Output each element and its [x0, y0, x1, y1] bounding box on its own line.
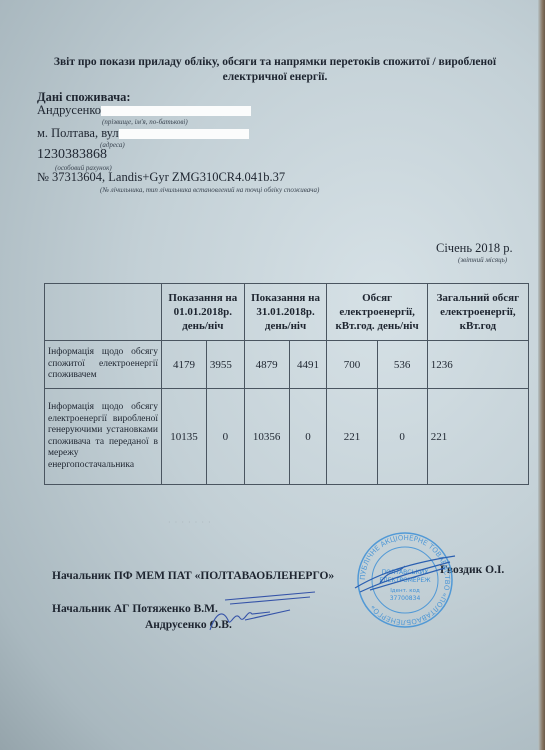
- meter-info: № 37313604, Landis+Gyr ZMG310CR4.041b.37: [37, 170, 285, 185]
- readings-table: Показання на 01.01.2018р. день/ніч Показ…: [44, 283, 529, 485]
- header-total: Загальний обсяг електроенергії, кВт.год: [427, 284, 528, 341]
- cell-start-day: 4179: [162, 341, 207, 389]
- signature-gvozdik: [350, 548, 460, 598]
- document-title: Звіт про покази приладу обліку, обсяги т…: [40, 55, 510, 85]
- cell-end-night: 4491: [289, 341, 327, 389]
- chief-pf-label: Начальник ПФ МЕМ ПАТ «ПОЛТАВАОБЛЕНЕРГО»: [52, 570, 334, 582]
- consumer-address: м. Полтава, вул: [37, 126, 249, 141]
- cell-total: 1236: [427, 341, 528, 389]
- redaction-bar: [119, 129, 249, 139]
- table-row: Інформація щодо обсягу спожитої електрое…: [45, 341, 529, 389]
- cell-start-day: 10135: [162, 389, 207, 485]
- account-number: 1230383868: [37, 147, 107, 163]
- header-start-reading: Показання на 01.01.2018р. день/ніч: [162, 284, 245, 341]
- report-period: Січень 2018 р.: [436, 241, 513, 256]
- cell-volume-night: 0: [377, 389, 427, 485]
- signature-andrusenko: [200, 590, 320, 635]
- period-hint: (звітний місяць): [458, 256, 507, 264]
- row-label: Інформація щодо обсягу спожитої електрое…: [45, 341, 162, 389]
- faint-bleed-through: · · · · · · ·: [168, 518, 212, 527]
- table-header-row: Показання на 01.01.2018р. день/ніч Показ…: [45, 284, 529, 341]
- chief-ag-label: Начальник АГ Потяженко В.М.: [52, 603, 218, 615]
- page-edge: [538, 0, 545, 750]
- cell-end-night: 0: [289, 389, 327, 485]
- header-end-reading: Показання на 31.01.2018р. день/ніч: [244, 284, 327, 341]
- row-label: Інформація щодо обсягу електроенергії ви…: [45, 389, 162, 485]
- cell-volume-day: 221: [327, 389, 377, 485]
- redaction-bar: [101, 106, 251, 116]
- meter-hint: (№ лічильника, тип лічильника встановлен…: [100, 186, 319, 194]
- consumer-name-text: Андрусенко: [37, 103, 101, 117]
- table-row: Інформація щодо обсягу електроенергії ви…: [45, 389, 529, 485]
- cell-volume-day: 700: [327, 341, 377, 389]
- cell-end-day: 10356: [244, 389, 289, 485]
- address-text: м. Полтава, вул: [37, 126, 119, 140]
- consumer-name: Андрусенко: [37, 103, 251, 118]
- header-volume: Обсяг електроенергії, кВт.год. день/ніч: [327, 284, 427, 341]
- header-empty: [45, 284, 162, 341]
- cell-start-night: 0: [206, 389, 244, 485]
- cell-start-night: 3955: [206, 341, 244, 389]
- cell-end-day: 4879: [244, 341, 289, 389]
- cell-volume-night: 536: [377, 341, 427, 389]
- consumer-name-hint: (прізвище, ім'я, по-батькові): [102, 118, 188, 126]
- cell-total: 221: [427, 389, 528, 485]
